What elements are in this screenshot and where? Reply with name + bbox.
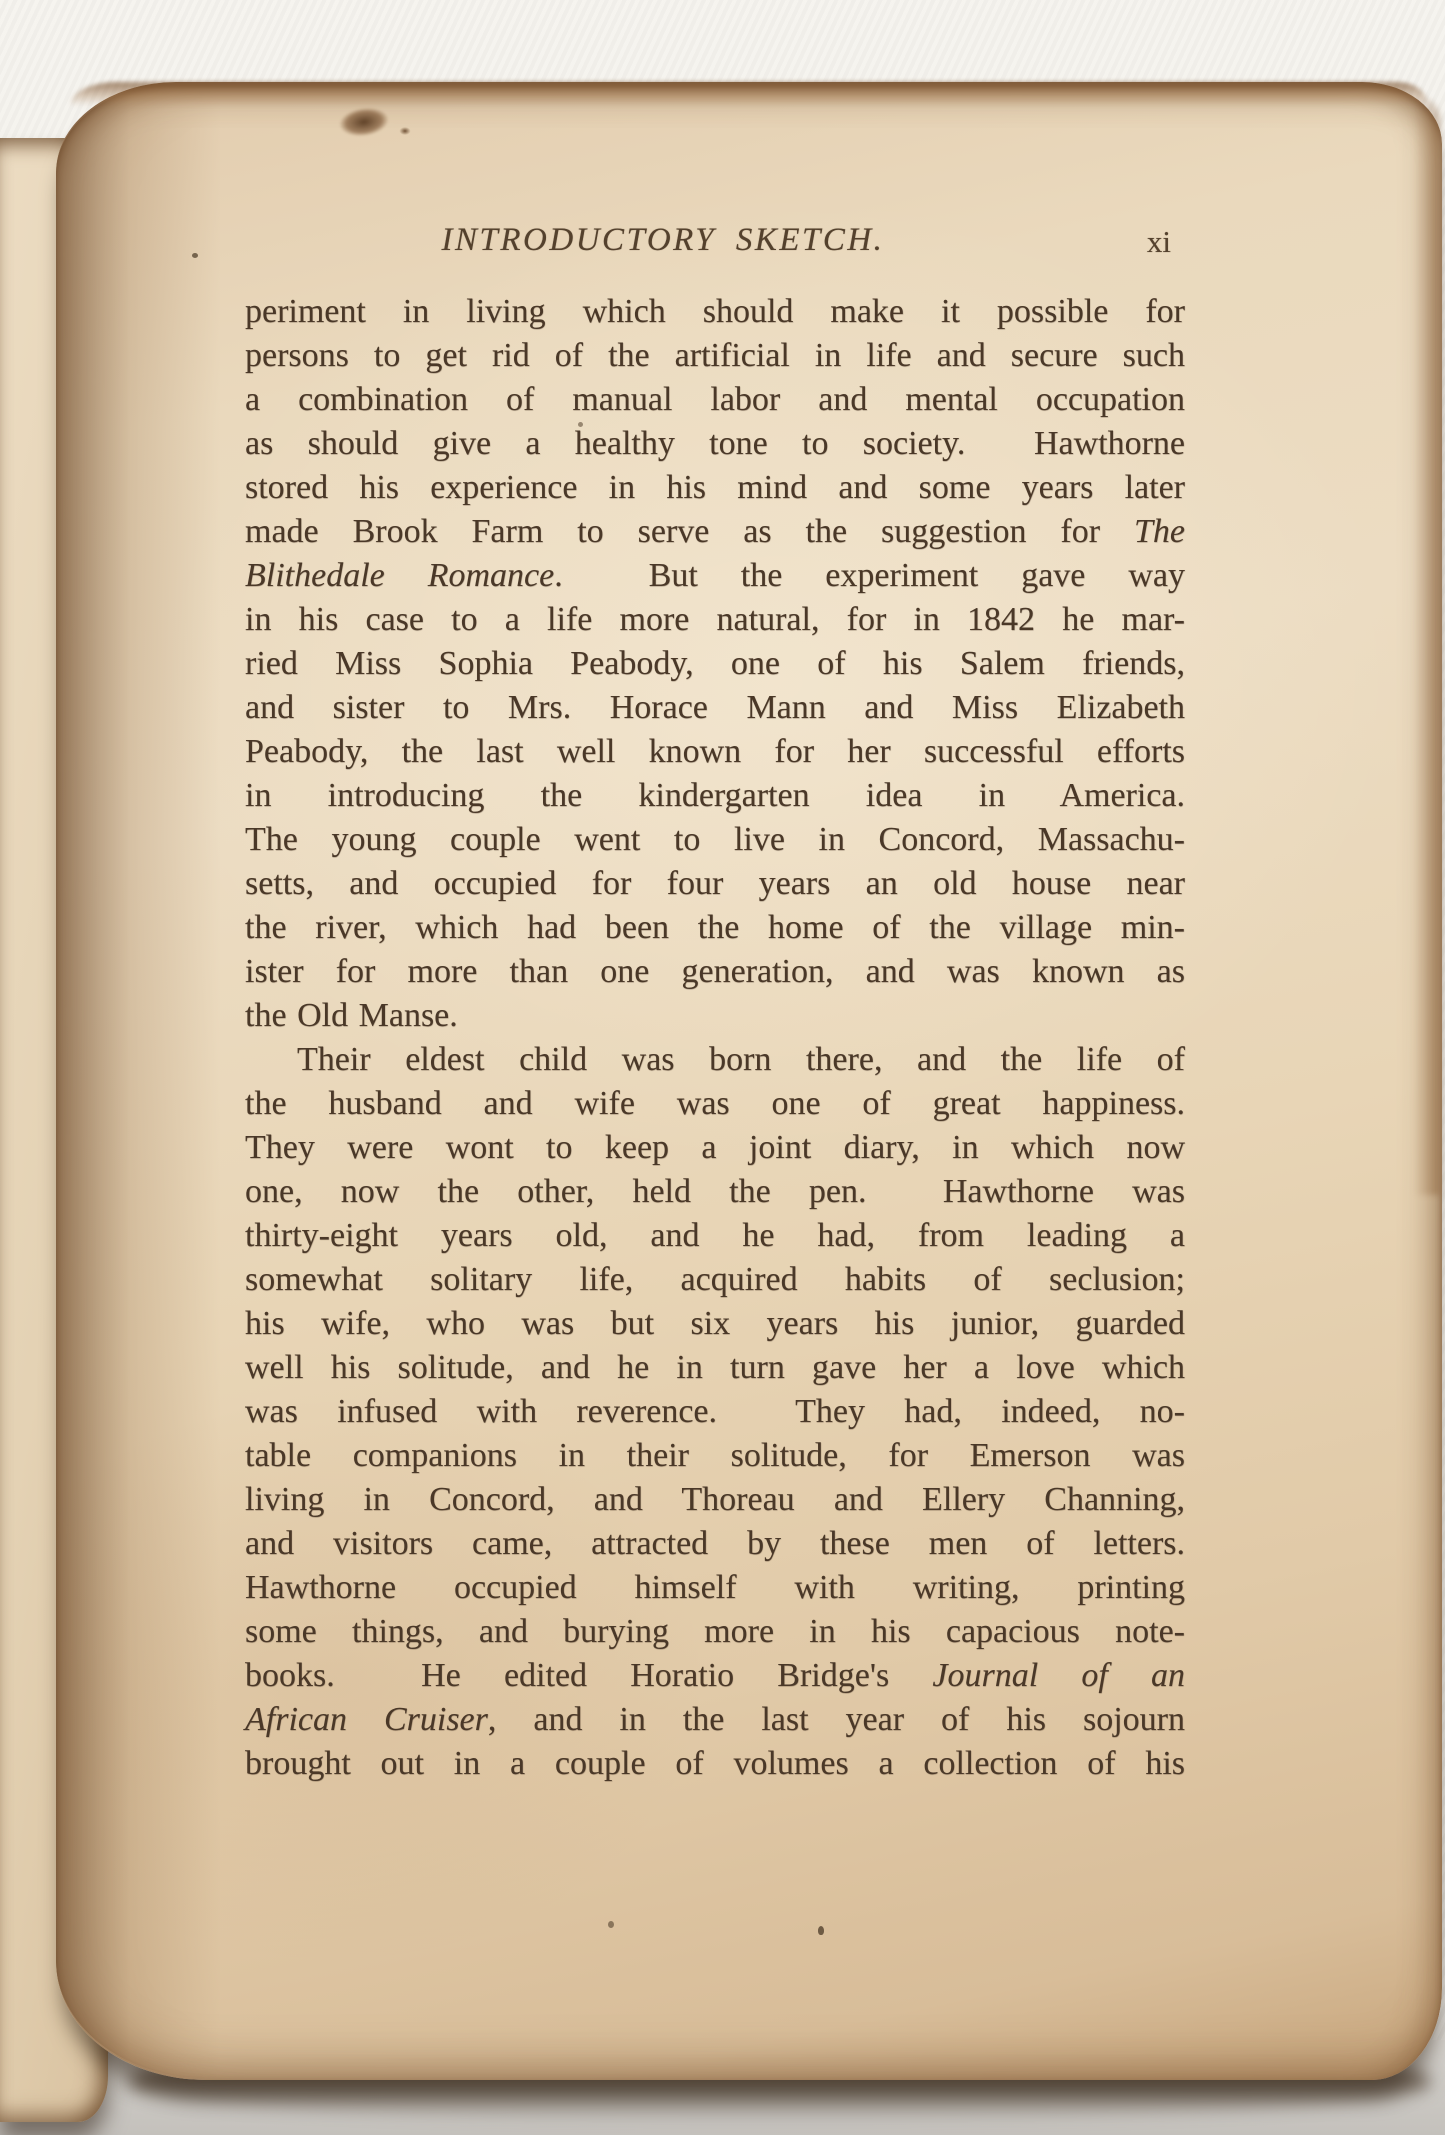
stain-mark-small: [398, 126, 412, 136]
ink-speck: [192, 253, 198, 258]
ink-speck: [608, 1921, 614, 1928]
ink-speck: [818, 1926, 824, 1935]
book-photo: INTRODUCTORY SKETCH. xi periment in livi…: [0, 0, 1445, 2135]
book-page: [56, 82, 1442, 2080]
ink-speck: [578, 422, 583, 427]
